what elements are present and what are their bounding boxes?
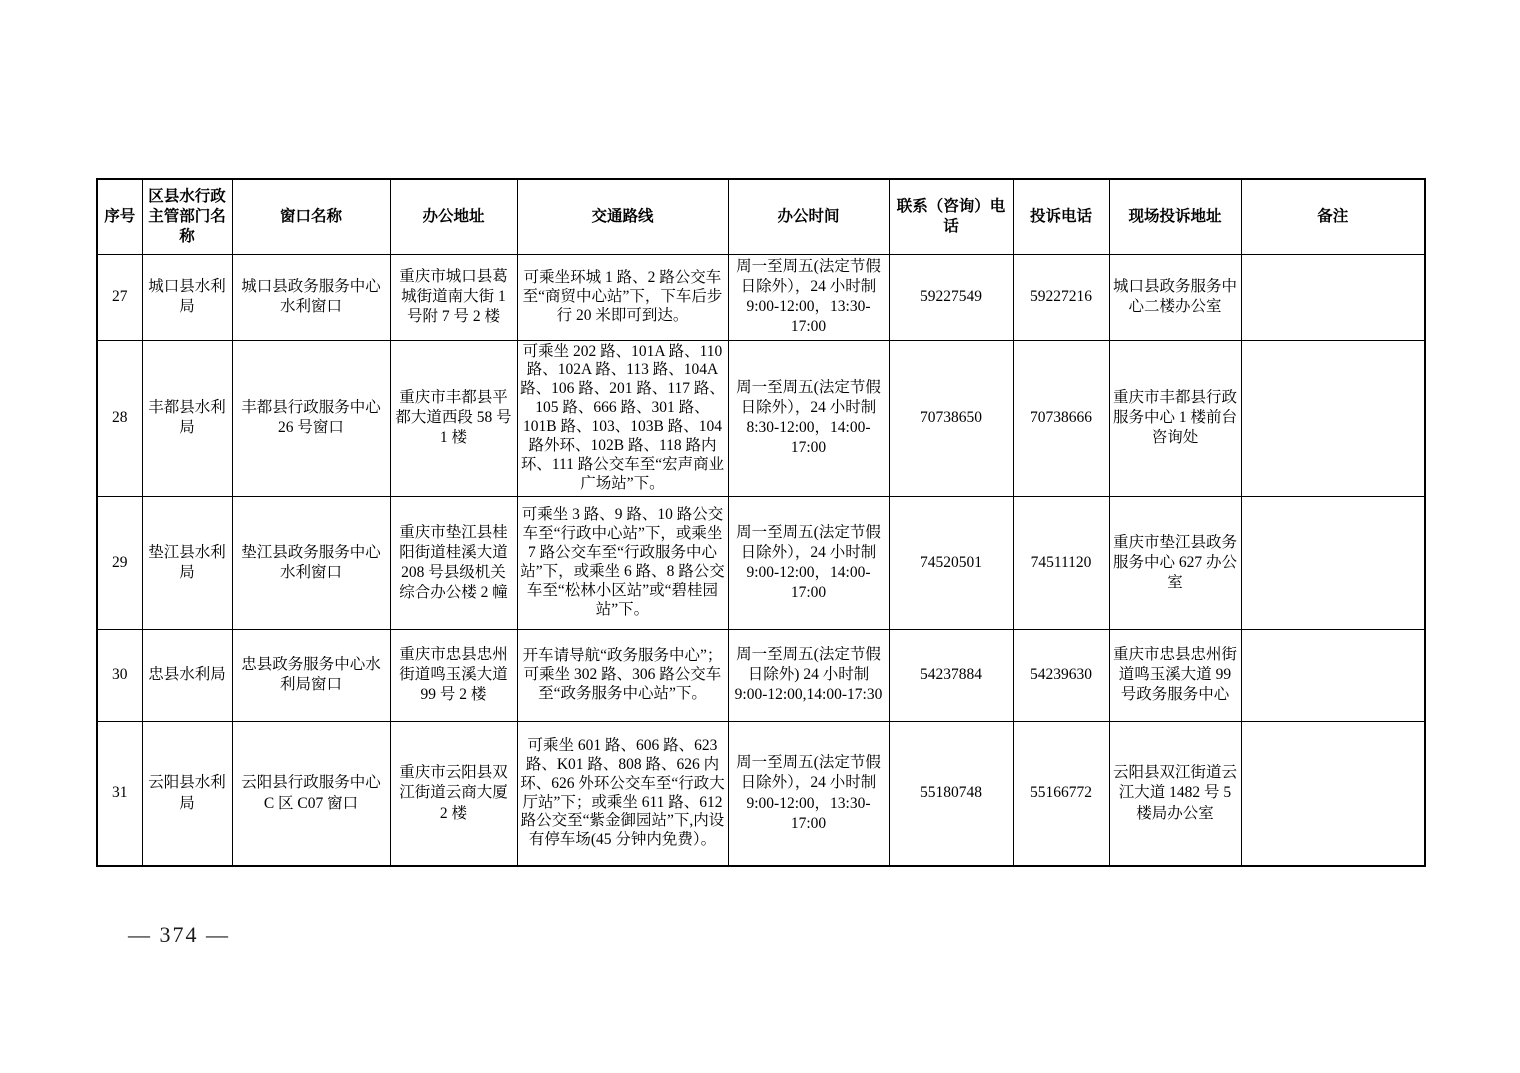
col-header-route: 交通路线 [517, 179, 728, 255]
cell-phone: 54237884 [889, 629, 1013, 721]
cell-hours: 周一至周五(法定节假日除外），24 小时制 9:00-12:00，13:30-1… [728, 255, 889, 341]
cell-complaint-address: 重庆市忠县忠州街道鸣玉溪大道 99 号政务服务中心 [1109, 629, 1241, 721]
cell-seq: 28 [97, 340, 142, 496]
cell-complaint-address: 重庆市垫江县政务服务中心 627 办公室 [1109, 496, 1241, 629]
table-row: 27 城口县水利局 城口县政务服务中心水利窗口 重庆市城口县葛城街道南大街 1 … [97, 255, 1425, 341]
cell-phone: 70738650 [889, 340, 1013, 496]
cell-route: 可乘坐 3 路、9 路、10 路公交车至“行政中心站”下，或乘坐 7 路公交车至… [517, 496, 728, 629]
cell-department: 忠县水利局 [142, 629, 232, 721]
cell-hours: 周一至周五(法定节假日除外），24 小时制 9:00-12:00，14:00-1… [728, 496, 889, 629]
cell-complaint-phone: 59227216 [1013, 255, 1109, 341]
cell-hours: 周一至周五(法定节假日除外) 24 小时制 9:00-12:00,14:00-1… [728, 629, 889, 721]
water-bureau-service-table: 序号 区县水行政主管部门名称 窗口名称 办公地址 交通路线 办公时间 联系（咨询… [96, 178, 1426, 867]
cell-phone: 55180748 [889, 721, 1013, 866]
cell-complaint-phone: 74511120 [1013, 496, 1109, 629]
cell-complaint-address: 云阳县双江街道云江大道 1482 号 5 楼局办公室 [1109, 721, 1241, 866]
page-number: — 374 — [128, 922, 230, 948]
cell-address: 重庆市城口县葛城街道南大街 1 号附 7 号 2 楼 [390, 255, 517, 341]
col-header-window: 窗口名称 [232, 179, 390, 255]
cell-department: 丰都县水利局 [142, 340, 232, 496]
cell-route: 可乘坐 601 路、606 路、623 路、K01 路、808 路、626 内环… [517, 721, 728, 866]
cell-remark [1241, 496, 1425, 629]
table-row: 31 云阳县水利局 云阳县行政服务中心 C 区 C07 窗口 重庆市云阳县双江街… [97, 721, 1425, 866]
col-header-phone: 联系（咨询）电话 [889, 179, 1013, 255]
cell-seq: 31 [97, 721, 142, 866]
col-header-address: 办公地址 [390, 179, 517, 255]
cell-route: 开车请导航“政务服务中心”；可乘坐 302 路、306 路公交车至“政务服务中心… [517, 629, 728, 721]
cell-seq: 29 [97, 496, 142, 629]
table-header-row: 序号 区县水行政主管部门名称 窗口名称 办公地址 交通路线 办公时间 联系（咨询… [97, 179, 1425, 255]
table-row: 28 丰都县水利局 丰都县行政服务中心 26 号窗口 重庆市丰都县平都大道西段 … [97, 340, 1425, 496]
col-header-seq: 序号 [97, 179, 142, 255]
cell-window: 城口县政务服务中心水利窗口 [232, 255, 390, 341]
cell-phone: 74520501 [889, 496, 1013, 629]
col-header-department: 区县水行政主管部门名称 [142, 179, 232, 255]
col-header-complaint-address: 现场投诉地址 [1109, 179, 1241, 255]
cell-department: 云阳县水利局 [142, 721, 232, 866]
col-header-hours: 办公时间 [728, 179, 889, 255]
cell-remark [1241, 721, 1425, 866]
cell-department: 城口县水利局 [142, 255, 232, 341]
cell-window: 云阳县行政服务中心 C 区 C07 窗口 [232, 721, 390, 866]
cell-window: 丰都县行政服务中心 26 号窗口 [232, 340, 390, 496]
cell-department: 垫江县水利局 [142, 496, 232, 629]
cell-hours: 周一至周五(法定节假日除外），24 小时制 8:30-12:00，14:00-1… [728, 340, 889, 496]
table-row: 29 垫江县水利局 垫江县政务服务中心水利窗口 重庆市垫江县桂阳街道桂溪大道 2… [97, 496, 1425, 629]
cell-remark [1241, 340, 1425, 496]
table-row: 30 忠县水利局 忠县政务服务中心水利局窗口 重庆市忠县忠州街道鸣玉溪大道 99… [97, 629, 1425, 721]
cell-remark [1241, 629, 1425, 721]
cell-window: 忠县政务服务中心水利局窗口 [232, 629, 390, 721]
cell-address: 重庆市云阳县双江街道云商大厦 2 楼 [390, 721, 517, 866]
cell-route: 可乘坐环城 1 路、2 路公交车至“商贸中心站”下，下车后步行 20 米即可到达… [517, 255, 728, 341]
cell-complaint-address: 重庆市丰都县行政服务中心 1 楼前台咨询处 [1109, 340, 1241, 496]
col-header-remark: 备注 [1241, 179, 1425, 255]
col-header-complaint-phone: 投诉电话 [1013, 179, 1109, 255]
cell-window: 垫江县政务服务中心水利窗口 [232, 496, 390, 629]
cell-remark [1241, 255, 1425, 341]
cell-complaint-phone: 55166772 [1013, 721, 1109, 866]
cell-address: 重庆市垫江县桂阳街道桂溪大道 208 号县级机关综合办公楼 2 幢 [390, 496, 517, 629]
cell-seq: 30 [97, 629, 142, 721]
cell-seq: 27 [97, 255, 142, 341]
cell-phone: 59227549 [889, 255, 1013, 341]
cell-address: 重庆市忠县忠州街道鸣玉溪大道 99 号 2 楼 [390, 629, 517, 721]
cell-complaint-address: 城口县政务服务中心二楼办公室 [1109, 255, 1241, 341]
cell-complaint-phone: 54239630 [1013, 629, 1109, 721]
cell-address: 重庆市丰都县平都大道西段 58 号 1 楼 [390, 340, 517, 496]
cell-route: 可乘坐 202 路、101A 路、110 路、102A 路、113 路、104A… [517, 340, 728, 496]
cell-complaint-phone: 70738666 [1013, 340, 1109, 496]
cell-hours: 周一至周五(法定节假日除外），24 小时制 9:00-12:00，13:30-1… [728, 721, 889, 866]
